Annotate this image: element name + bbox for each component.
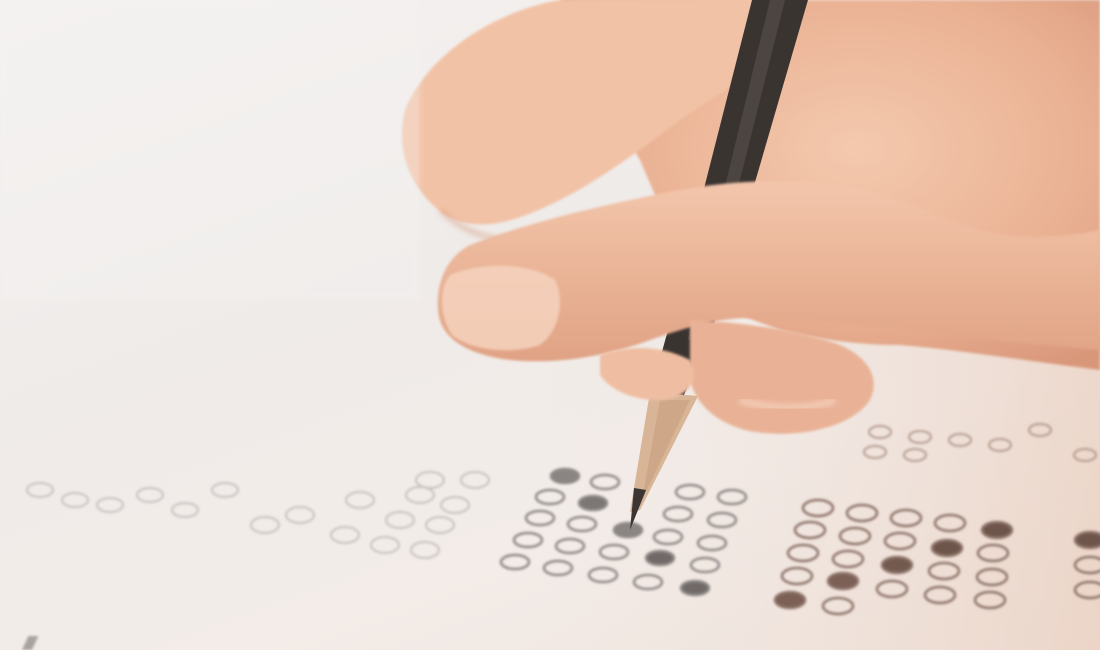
thumbnail [442, 266, 560, 350]
timing-marks [0, 578, 38, 650]
photo-scene [0, 0, 1100, 650]
answer-sheet-photo [0, 0, 1100, 650]
background-blur [0, 0, 420, 300]
bubble-grid-left [27, 472, 489, 558]
